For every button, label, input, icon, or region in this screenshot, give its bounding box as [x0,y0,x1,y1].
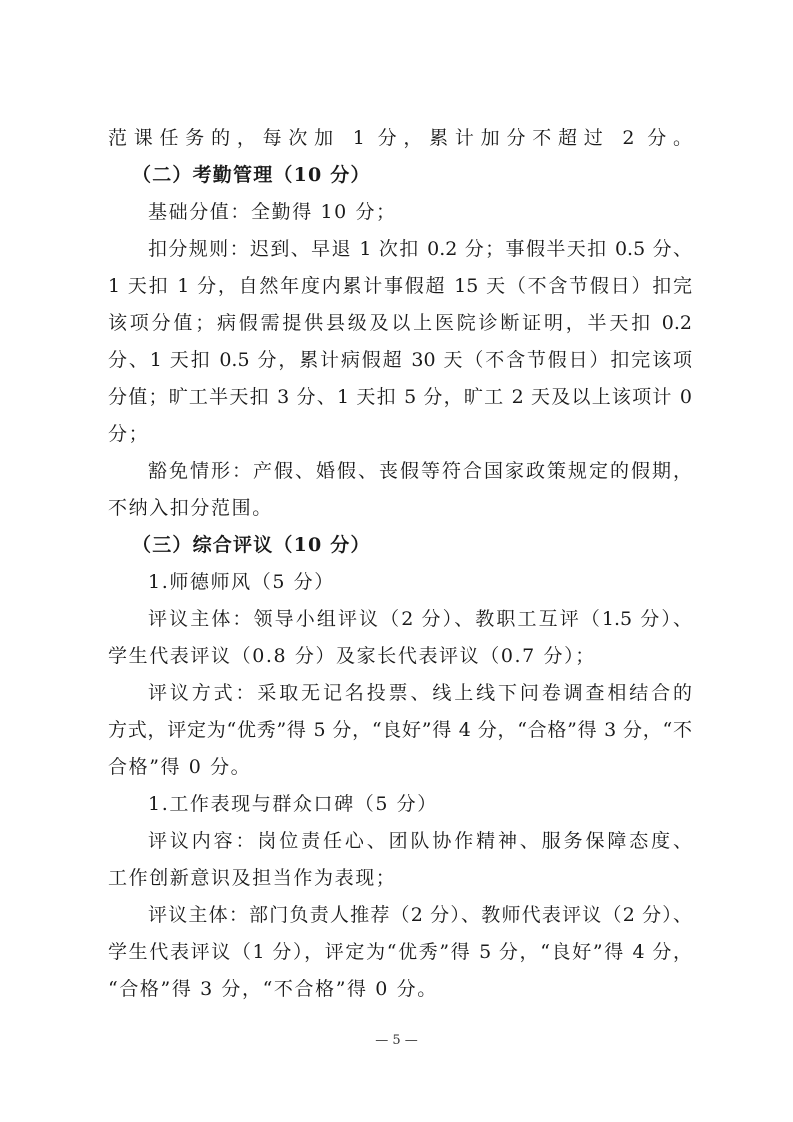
paragraph-line: 扣分规则：迟到、早退 1 次扣 0.2 分；事假半天扣 0.5 分、 [108,231,692,268]
paragraph-line: 工作创新意识及担当作为表现； [108,860,692,897]
subsection-heading-performance: 1.工作表现与群众口碑（5 分） [108,786,692,823]
paragraph-line: 学生代表评议（0.8 分）及家长代表评议（0.7 分）； [108,638,692,675]
section-heading-evaluation: （三）综合评议（10 分） [108,527,692,564]
paragraph-line: 1 天扣 1 分，自然年度内累计事假超 15 天（不含节假日）扣完 [108,268,692,305]
paragraph-line: 方式，评定为“优秀”得 5 分，“良好”得 4 分，“合格”得 3 分，“不 [108,712,692,749]
paragraph-line: 评议内容：岗位责任心、团队协作精神、服务保障态度、 [108,823,692,860]
paragraph-line: 评议方式：采取无记名投票、线上线下问卷调查相结合的 [108,675,692,712]
document-page: 范课任务的，每次加 1 分，累计加分不超过 2 分。 （二）考勤管理（10 分）… [108,120,692,1008]
section-heading-attendance: （二）考勤管理（10 分） [108,157,692,194]
paragraph-line: 分； [108,416,692,453]
paragraph-line: 不纳入扣分范围。 [108,490,692,527]
paragraph-line: 基础分值：全勤得 10 分； [108,194,692,231]
paragraph-line: 该项分值；病假需提供县级及以上医院诊断证明，半天扣 0.2 [108,305,692,342]
paragraph-line: 分、1 天扣 0.5 分，累计病假超 30 天（不含节假日）扣完该项 [108,342,692,379]
paragraph-line: 合格”得 0 分。 [108,749,692,786]
paragraph-line: 范课任务的，每次加 1 分，累计加分不超过 2 分。 [108,120,692,157]
paragraph-line: 学生代表评议（1 分），评定为“优秀”得 5 分，“良好”得 4 分， [108,934,692,971]
paragraph-line: 豁免情形：产假、婚假、丧假等符合国家政策规定的假期， [108,453,692,490]
paragraph-line: 评议主体：部门负责人推荐（2 分）、教师代表评议（2 分）、 [108,897,692,934]
paragraph-line: “合格”得 3 分，“不合格”得 0 分。 [108,971,692,1008]
page-number: — 5 — [0,1033,793,1048]
paragraph-line: 分值；旷工半天扣 3 分、1 天扣 5 分，旷工 2 天及以上该项计 0 [108,379,692,416]
subsection-heading-ethics: 1.师德师风（5 分） [108,564,692,601]
paragraph-line: 评议主体：领导小组评议（2 分）、教职工互评（1.5 分）、 [108,601,692,638]
